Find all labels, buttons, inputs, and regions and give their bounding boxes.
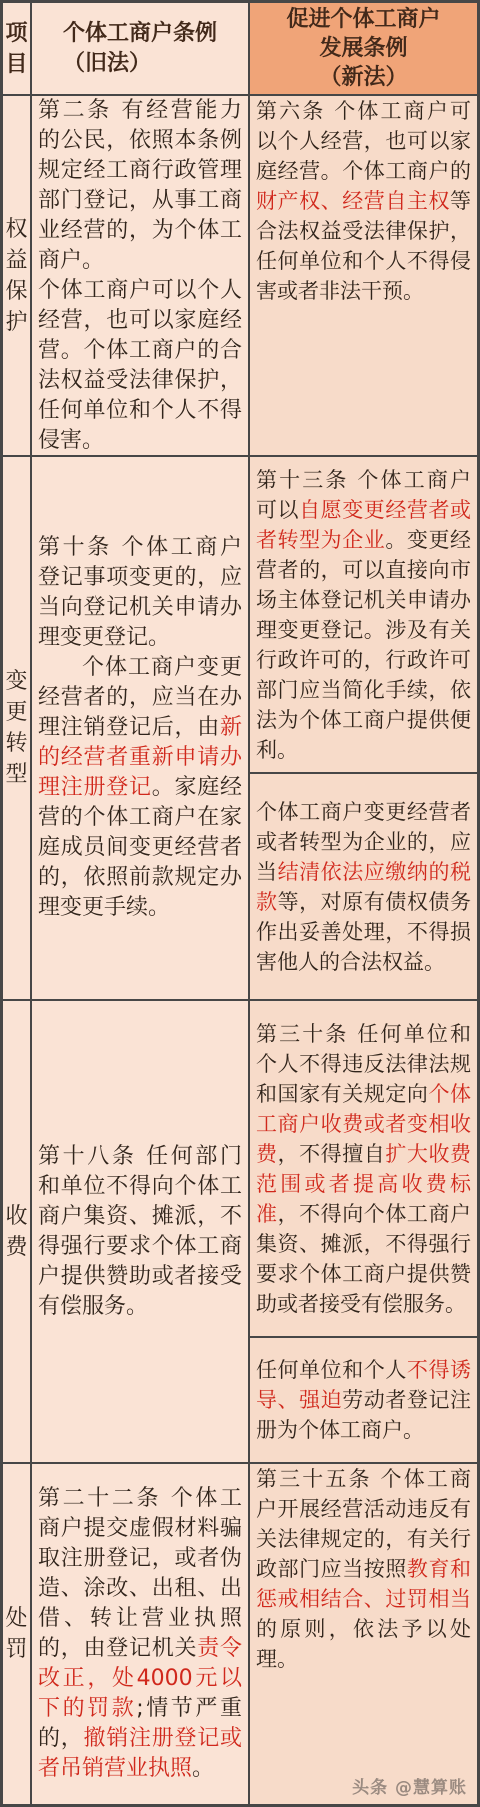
cell-old-fees: 第十八条 任何部门和单位不得向个体工商户集资、摊派，不得强行要求个体工商户提供赞… bbox=[32, 1001, 250, 1462]
row-label-penalty: 处罚 bbox=[3, 1464, 32, 1804]
newcol-fees: 第三十条 任何单位和个人不得违反法律法规和国家有关规定向个体工商户收费或者变相收… bbox=[250, 1001, 477, 1462]
row-label-change-transform: 变更转型 bbox=[3, 457, 32, 999]
newcol-rights-protection: 第六条 个体工商户可以个人经营，也可以家庭经营。个体工商户的财产权、经营自主权等… bbox=[250, 96, 477, 455]
header-new-law: 促进个体工商户 发展条例 （新法） bbox=[250, 3, 477, 94]
header-project: 项目 bbox=[3, 3, 32, 94]
row-fees: 收费 第十八条 任何部门和单位不得向个体工商户集资、摊派，不得强行要求个体工商户… bbox=[3, 1001, 477, 1464]
cell-new-change-transform-2: 个体工商户变更经营者或者转型为企业的，应当结清依法应缴纳的税款等，对原有债权债务… bbox=[250, 774, 477, 999]
cell-new-fees-2: 任何单位和个人不得诱导、强迫劳动者登记注册为个体工商户。 bbox=[250, 1338, 477, 1462]
law-comparison-table: 项目 个体工商户条例 （旧法） 促进个体工商户 发展条例 （新法） 权益保护 第… bbox=[0, 0, 480, 1807]
row-rights-protection: 权益保护 第二条 有经营能力的公民，依照本条例规定经工商行政管理部门登记，从事工… bbox=[3, 96, 477, 457]
header-old-law: 个体工商户条例 （旧法） bbox=[32, 3, 250, 94]
row-label-rights-protection: 权益保护 bbox=[3, 96, 32, 455]
cell-new-change-transform-1: 第十三条 个体工商户可以自愿变更经营者或者转型为企业。变更经营者的，可以直接向市… bbox=[250, 457, 477, 774]
row-change-transform: 变更转型 第十条 个体工商户登记事项变更的，应当向登记机关申请办理变更登记。个体… bbox=[3, 457, 477, 1001]
newcol-penalty: 第三十五条 个体工商户开展经营活动违反有关法律规定的，有关行政部门应当按照教育和… bbox=[250, 1464, 477, 1804]
table-header-row: 项目 个体工商户条例 （旧法） 促进个体工商户 发展条例 （新法） bbox=[3, 3, 477, 96]
cell-new-penalty: 第三十五条 个体工商户开展经营活动违反有关法律规定的，有关行政部门应当按照教育和… bbox=[250, 1464, 477, 1674]
cell-new-fees-1: 第三十条 任何单位和个人不得违反法律法规和国家有关规定向个体工商户收费或者变相收… bbox=[250, 1001, 477, 1338]
watermark-text: 头条 @慧算账 bbox=[352, 1773, 467, 1798]
newcol-change-transform: 第十三条 个体工商户可以自愿变更经营者或者转型为企业。变更经营者的，可以直接向市… bbox=[250, 457, 477, 999]
row-penalty: 处罚 第二十二条 个体工商户提交虚假材料骗取注册登记，或者伪造、涂改、出租、出借… bbox=[3, 1464, 477, 1804]
cell-old-change-transform: 第十条 个体工商户登记事项变更的，应当向登记机关申请办理变更登记。个体工商户变更… bbox=[32, 457, 250, 999]
cell-new-rights-protection: 第六条 个体工商户可以个人经营，也可以家庭经营。个体工商户的财产权、经营自主权等… bbox=[250, 96, 477, 306]
cell-old-rights-protection: 第二条 有经营能力的公民，依照本条例规定经工商行政管理部门登记，从事工商业经营的… bbox=[32, 96, 250, 455]
cell-old-penalty: 第二十二条 个体工商户提交虚假材料骗取注册登记，或者伪造、涂改、出租、出借、转让… bbox=[32, 1464, 250, 1804]
row-label-fees: 收费 bbox=[3, 1001, 32, 1462]
